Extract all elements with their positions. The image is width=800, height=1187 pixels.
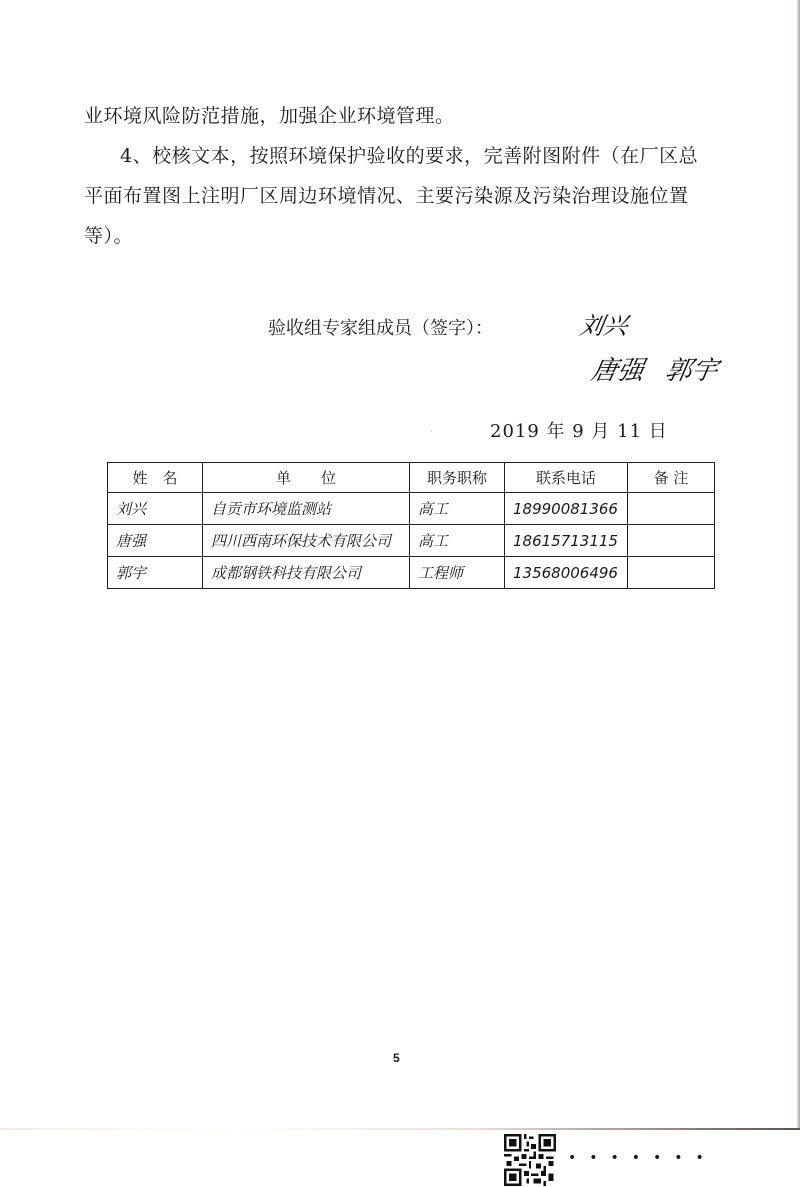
signing-date: 2019 年 9 月 11 日 bbox=[490, 417, 668, 443]
header-note: 备 注 bbox=[628, 463, 715, 493]
table-row: 郭宇 成都钢铁科技有限公司 工程师 13568006496 bbox=[108, 557, 715, 589]
cell-title: 工程师 bbox=[410, 557, 505, 589]
signature-label: 验收组专家组成员（签字）： bbox=[268, 314, 493, 340]
footer-dots: ••••••• bbox=[568, 1150, 717, 1166]
header-phone: 联系电话 bbox=[505, 463, 628, 493]
cell-title: 高工 bbox=[410, 493, 505, 525]
paragraph-item-4: 4、校核文本，按照环境保护验收的要求，完善附图附件（在厂区总平面布置图上注明厂区… bbox=[84, 136, 704, 256]
cell-unit: 自贡市环境监测站 bbox=[203, 493, 410, 525]
cell-title: 高工 bbox=[410, 525, 505, 557]
expert-members-table: 姓 名 单 位 职务职称 联系电话 备 注 刘兴 自贡市环境监测站 高工 189… bbox=[107, 462, 715, 589]
cell-note bbox=[628, 525, 715, 557]
cell-unit: 四川西南环保技术有限公司 bbox=[203, 525, 410, 557]
handwritten-signature-1: 刘兴 bbox=[577, 306, 631, 341]
header-name: 姓 名 bbox=[108, 463, 203, 493]
cell-unit: 成都钢铁科技有限公司 bbox=[203, 557, 410, 589]
header-title: 职务职称 bbox=[410, 463, 505, 493]
handwritten-signature-2: 唐强 bbox=[589, 350, 648, 387]
cell-name: 刘兴 bbox=[108, 493, 203, 525]
table-row: 刘兴 自贡市环境监测站 高工 18990081366 bbox=[108, 493, 715, 525]
table-header-row: 姓 名 单 位 职务职称 联系电话 备 注 bbox=[108, 463, 715, 493]
cell-name: 唐强 bbox=[108, 525, 203, 557]
paragraph-item-4-text: 4、校核文本，按照环境保护验收的要求，完善附图附件（在厂区总平面布置图上注明厂区… bbox=[84, 145, 698, 247]
qr-code-icon bbox=[504, 1134, 556, 1186]
handwritten-signature-3: 郭宇 bbox=[663, 350, 722, 387]
page-number: 5 bbox=[393, 1051, 400, 1065]
header-unit: 单 位 bbox=[203, 463, 410, 493]
cell-note bbox=[628, 557, 715, 589]
cell-name: 郭宇 bbox=[108, 557, 203, 589]
cell-note bbox=[628, 493, 715, 525]
page-bottom-edge bbox=[0, 1128, 800, 1130]
scan-speck: · bbox=[430, 427, 433, 436]
cell-phone: 18990081366 bbox=[505, 493, 628, 525]
paragraph-continuation: 业环境风险防范措施，加强企业环境管理。 bbox=[84, 96, 455, 136]
cell-phone: 18615713115 bbox=[505, 525, 628, 557]
table-row: 唐强 四川西南环保技术有限公司 高工 18615713115 bbox=[108, 525, 715, 557]
cell-phone: 13568006496 bbox=[505, 557, 628, 589]
